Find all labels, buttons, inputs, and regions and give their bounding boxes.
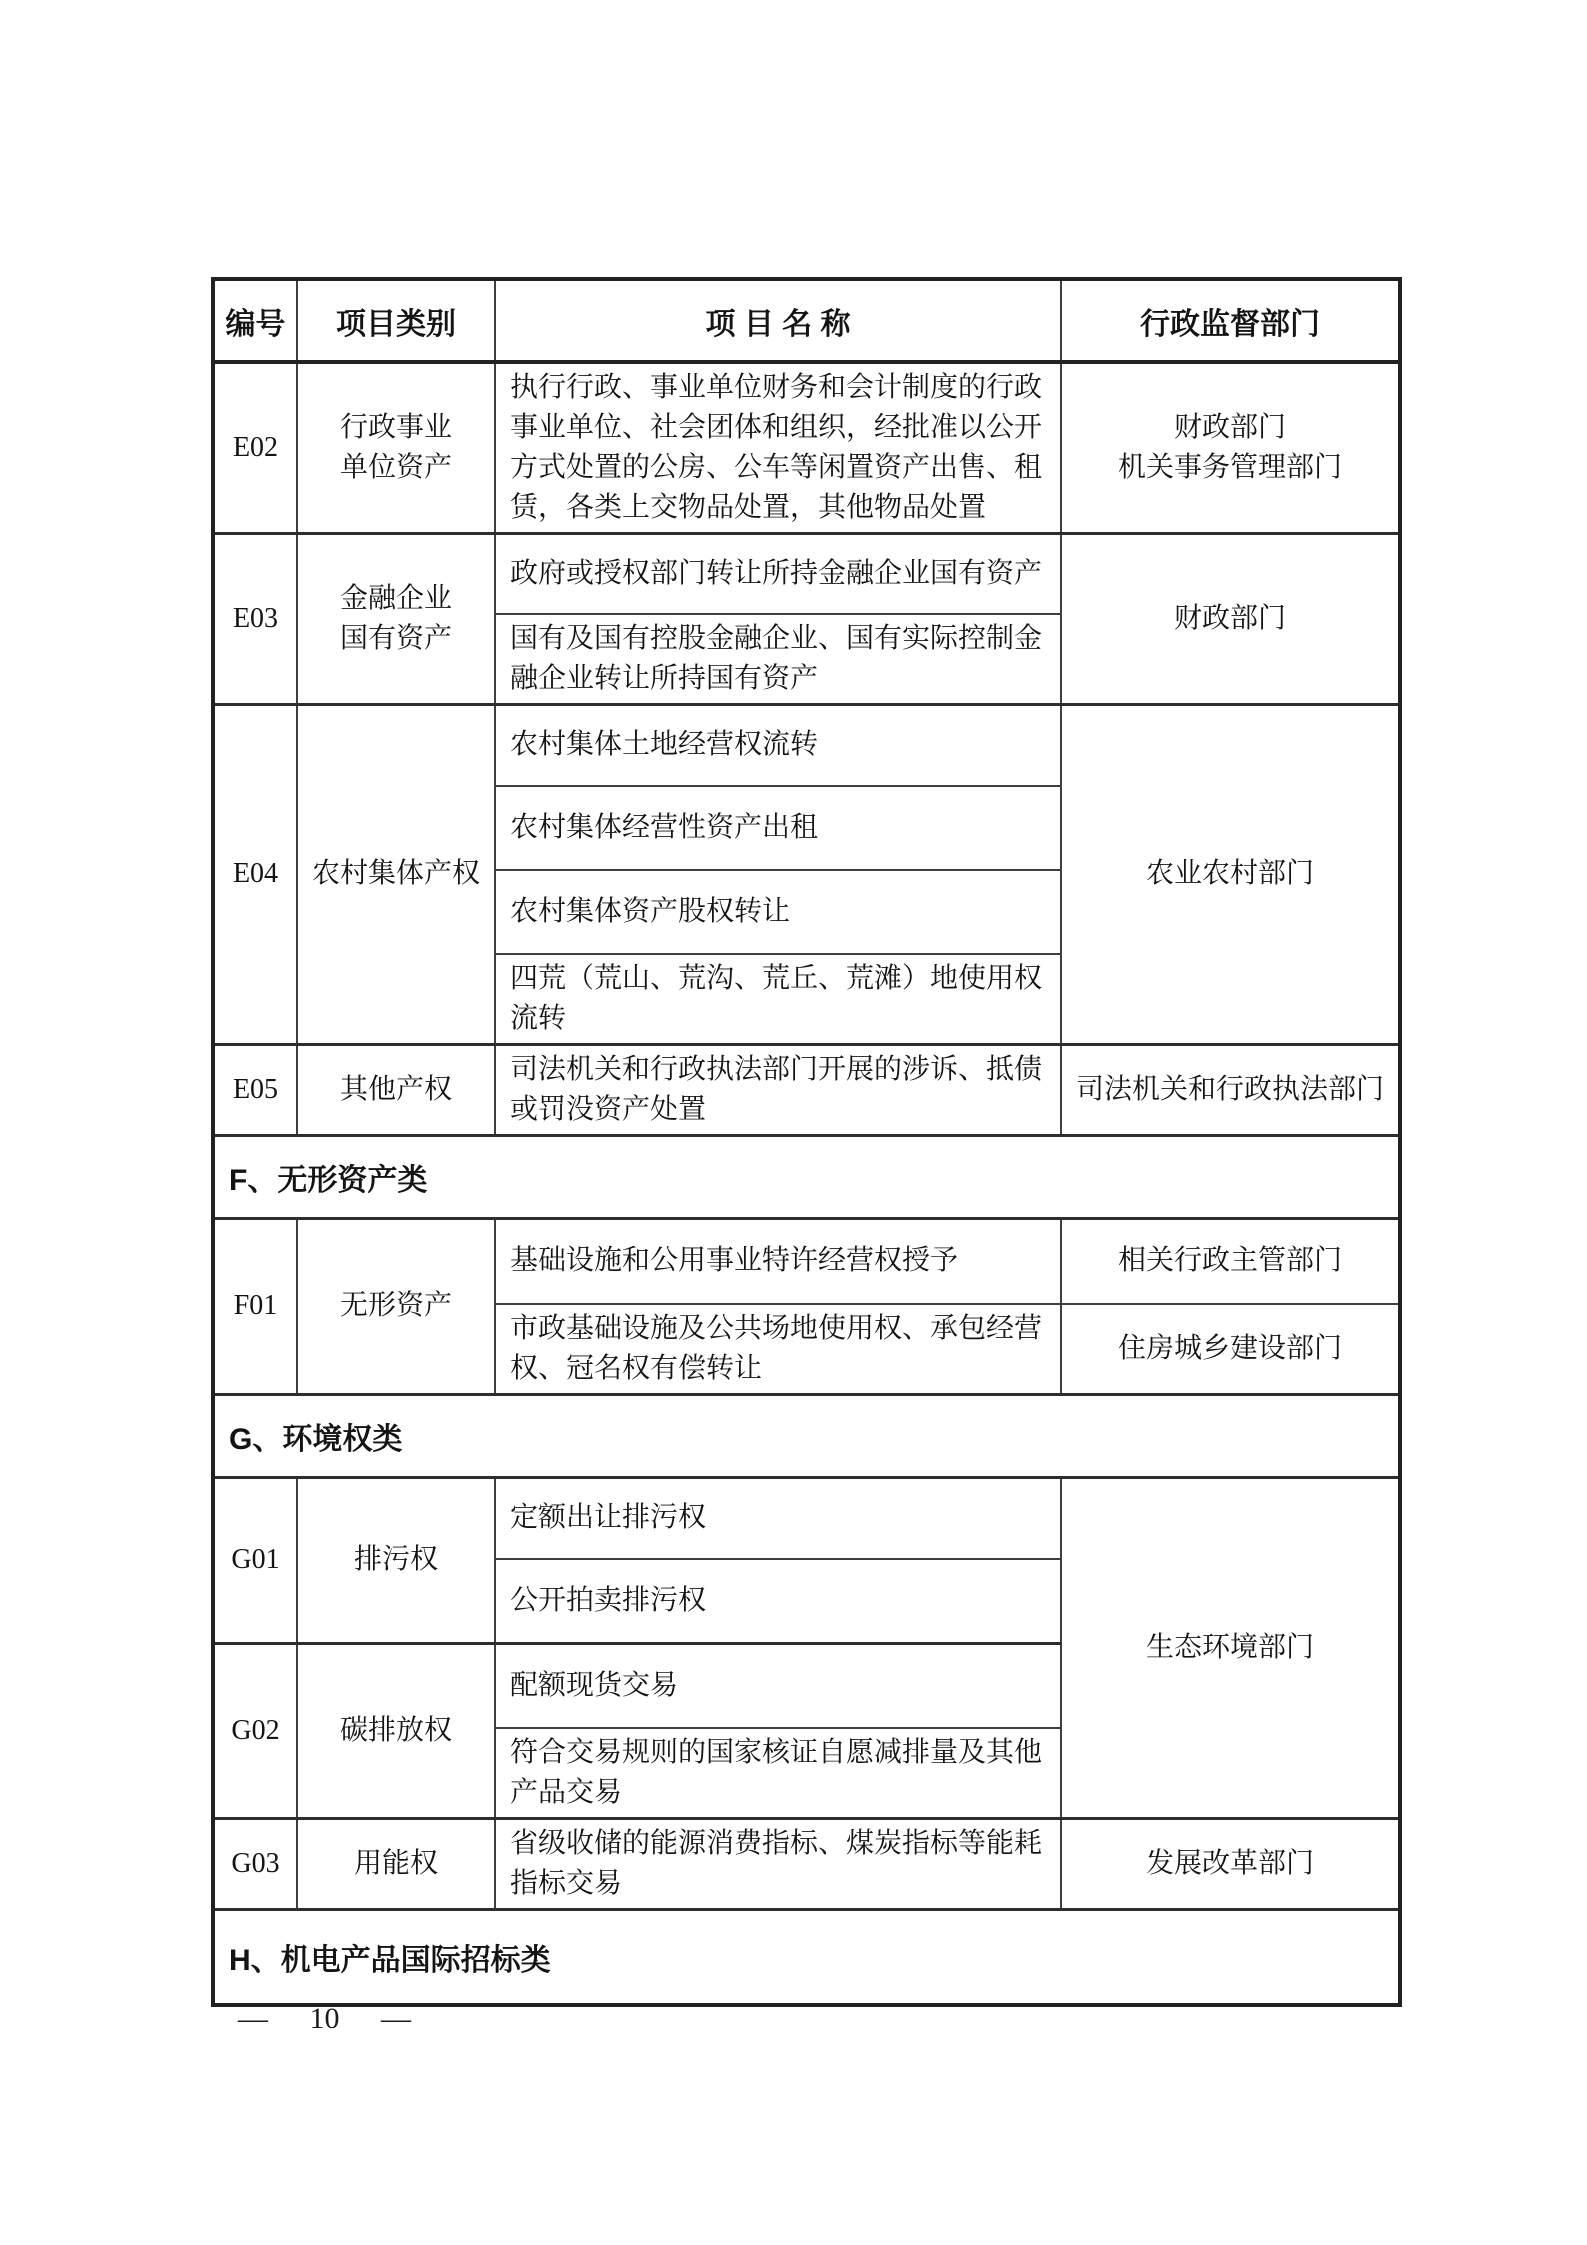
cell-e04-name-4: 四荒（荒山、荒沟、荒丘、荒滩）地使用权流转 [495,954,1061,1045]
cell-e05-category: 其他产权 [297,1045,495,1136]
cell-g02-name-1: 配额现货交易 [495,1643,1061,1728]
cell-g02-category: 碳排放权 [297,1643,495,1819]
table-header-row: 编号 项目类别 项 目 名 称 行政监督部门 [213,279,1400,362]
section-row-g: G、环境权类 [213,1394,1400,1477]
cell-g01-name-1: 定额出让排污权 [495,1477,1061,1559]
cell-e03-supervisor: 财政部门 [1061,534,1400,705]
page-number: — 10 — [238,2002,411,2036]
cell-e04-category: 农村集体产权 [297,704,495,1045]
header-category: 项目类别 [297,279,495,362]
cell-e03-code: E03 [213,534,297,705]
cell-e04-name-2: 农村集体经营性资产出租 [495,786,1061,870]
cell-e02-name: 执行行政、事业单位财务和会计制度的行政事业单位、社会团体和组织，经批准以公开方式… [495,362,1061,534]
table-row-f01-1: F01 无形资产 基础设施和公用事业特许经营权授予 相关行政主管部门 [213,1219,1400,1304]
table-row-e02: E02 行政事业 单位资产 执行行政、事业单位财务和会计制度的行政事业单位、社会… [213,362,1400,534]
header-supervisor: 行政监督部门 [1061,279,1400,362]
table-row-e04-1: E04 农村集体产权 农村集体土地经营权流转 农业农村部门 [213,704,1400,786]
cell-f01-supervisor-2: 住房城乡建设部门 [1061,1304,1400,1395]
section-row-f: F、无形资产类 [213,1136,1400,1219]
cell-e04-name-1: 农村集体土地经营权流转 [495,704,1061,786]
cell-g01-code: G01 [213,1477,297,1643]
cell-g01-name-2: 公开拍卖排污权 [495,1559,1061,1643]
cell-g01-g02-supervisor: 生态环境部门 [1061,1477,1400,1819]
cell-e02-code: E02 [213,362,297,534]
cell-e03-name-2: 国有及国有控股金融企业、国有实际控制金融企业转让所持国有资产 [495,614,1061,705]
cell-f01-code: F01 [213,1219,297,1395]
cell-e04-supervisor: 农业农村部门 [1061,704,1400,1045]
cell-g03-code: G03 [213,1819,297,1910]
table-row-e05: E05 其他产权 司法机关和行政执法部门开展的涉诉、抵债或罚没资产处置 司法机关… [213,1045,1400,1136]
section-row-h: H、机电产品国际招标类 [213,1910,1400,2005]
cell-e03-name-1: 政府或授权部门转让所持金融企业国有资产 [495,534,1061,614]
table-row-g01-1: G01 排污权 定额出让排污权 生态环境部门 [213,1477,1400,1559]
cell-e05-code: E05 [213,1045,297,1136]
cell-f01-supervisor-1: 相关行政主管部门 [1061,1219,1400,1304]
table-row-g03: G03 用能权 省级收储的能源消费指标、煤炭指标等能耗指标交易 发展改革部门 [213,1819,1400,1910]
header-code: 编号 [213,279,297,362]
cell-g03-supervisor: 发展改革部门 [1061,1819,1400,1910]
table-row-e03-1: E03 金融企业 国有资产 政府或授权部门转让所持金融企业国有资产 财政部门 [213,534,1400,614]
cell-g03-category: 用能权 [297,1819,495,1910]
cell-e05-name: 司法机关和行政执法部门开展的涉诉、抵债或罚没资产处置 [495,1045,1061,1136]
cell-e03-category: 金融企业 国有资产 [297,534,495,705]
cell-g02-code: G02 [213,1643,297,1819]
cell-e02-category: 行政事业 单位资产 [297,362,495,534]
section-g-label: G、环境权类 [213,1394,1400,1477]
cell-f01-name-1: 基础设施和公用事业特许经营权授予 [495,1219,1061,1304]
cell-e02-supervisor: 财政部门 机关事务管理部门 [1061,362,1400,534]
cell-f01-name-2: 市政基础设施及公共场地使用权、承包经营权、冠名权有偿转让 [495,1304,1061,1395]
cell-g02-name-2: 符合交易规则的国家核证自愿减排量及其他产品交易 [495,1728,1061,1819]
cell-e05-supervisor: 司法机关和行政执法部门 [1061,1045,1400,1136]
cell-g01-category: 排污权 [297,1477,495,1643]
cell-f01-category: 无形资产 [297,1219,495,1395]
cell-e04-code: E04 [213,704,297,1045]
cell-e04-name-3: 农村集体资产股权转让 [495,870,1061,954]
project-categories-table: 编号 项目类别 项 目 名 称 行政监督部门 E02 行政事业 单位资产 执行行… [211,277,1402,2007]
section-h-label: H、机电产品国际招标类 [213,1910,1400,2005]
document-page: 编号 项目类别 项 目 名 称 行政监督部门 E02 行政事业 单位资产 执行行… [0,0,1587,2245]
section-f-label: F、无形资产类 [213,1136,1400,1219]
header-project-name: 项 目 名 称 [495,279,1061,362]
cell-g03-name: 省级收储的能源消费指标、煤炭指标等能耗指标交易 [495,1819,1061,1910]
